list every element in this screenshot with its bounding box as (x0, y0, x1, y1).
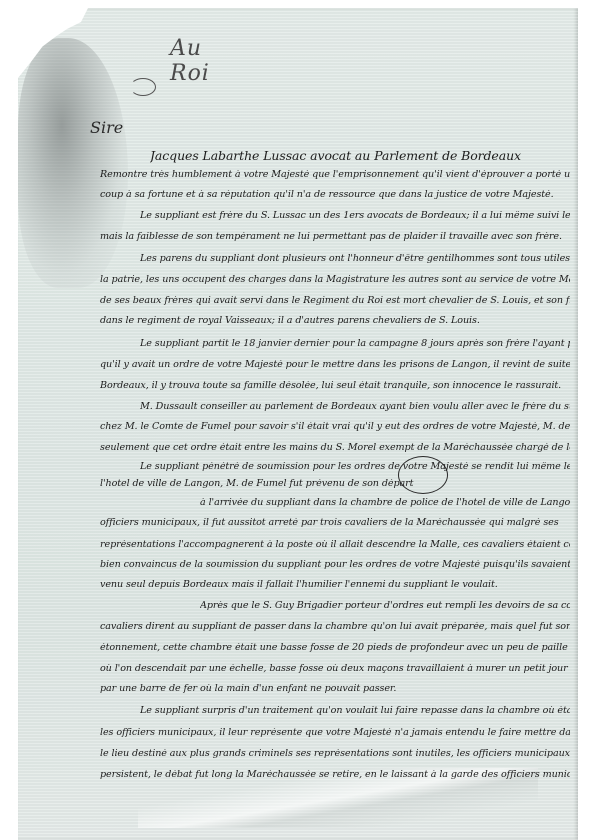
document-heading: Au Roi (170, 36, 210, 86)
text-line: à l'arrivée du suppliant dans la chambre… (200, 498, 570, 508)
text-line: dans le regiment de royal Vaisseaux; il … (100, 316, 570, 326)
text-line: de ses beaux frères qui avait servi dans… (100, 296, 570, 306)
text-line: mais la faiblesse de son tempérament ne … (100, 232, 570, 242)
text-line: représentations l'accompagnerent à la po… (100, 540, 570, 550)
text-line: persistent, le débat fut long la Marécha… (100, 770, 570, 780)
text-line: bien convaincus de la soumission du supp… (100, 560, 570, 570)
text-line: seulement que cet ordre était entre les … (100, 443, 570, 453)
text-line: par une barre de fer où la main d'un enf… (100, 684, 570, 694)
salutation: Sire (90, 118, 123, 137)
water-stain (18, 38, 128, 288)
text-line: l'hotel de ville de Langon, M. de Fumel … (100, 479, 570, 489)
text-line: M. Dussault conseiller au parlement de B… (140, 402, 570, 412)
text-line: les officiers municipaux, il leur représ… (100, 728, 570, 738)
text-line: le lieu destiné aux plus grands criminel… (100, 749, 570, 759)
text-line: officiers municipaux, il fut aussitot ar… (100, 518, 570, 528)
text-line: étonnement, cette chambre était une bass… (100, 643, 570, 653)
text-line: Le suppliant surpris d'un traitement qu'… (140, 706, 570, 716)
flourish-ornament (130, 78, 156, 96)
text-line: coup à sa fortune et à sa réputation qu'… (100, 190, 570, 200)
text-line: venu seul depuis Bordeaux mais il fallai… (100, 580, 570, 590)
text-line: Le suppliant pénétré de soumission pour … (140, 462, 570, 472)
text-line: la patrie, les uns occupent des charges … (100, 275, 570, 285)
petitioner-name-line: Jacques Labarthe Lussac avocat au Parlem… (150, 150, 570, 163)
text-line: Le suppliant est frère du S. Lussac un d… (140, 211, 570, 221)
text-line: Les parens du suppliant dont plusieurs o… (140, 254, 570, 264)
text-line: Bordeaux, il y trouva toute sa famille d… (100, 381, 570, 391)
text-line: qu'il y avait un ordre de votre Majesté … (100, 360, 570, 370)
text-line: Après que le S. Guy Brigadier porteur d'… (200, 601, 570, 611)
text-line: Le suppliant partit le 18 janvier dernie… (140, 339, 570, 349)
text-line: cavaliers dirent au suppliant de passer … (100, 622, 570, 632)
text-line: Remontre très humblement à votre Majesté… (100, 170, 570, 180)
text-line: chez M. le Comte de Fumel pour savoir s'… (100, 422, 570, 432)
text-line: où l'on descendait par une échelle, bass… (100, 664, 570, 674)
